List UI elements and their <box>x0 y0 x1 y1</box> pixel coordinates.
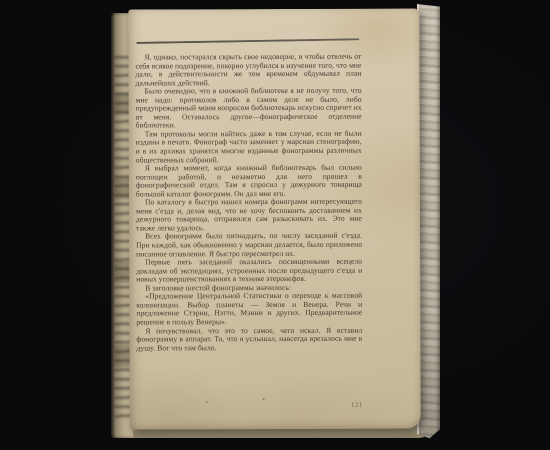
book-photo: Я, однако, постарался скрыть свое недове… <box>0 0 550 450</box>
page-text: Я, однако, постарался скрыть свое недове… <box>135 53 362 406</box>
book-page: Я, однако, постарался скрыть свое недове… <box>128 8 420 429</box>
paragraph: «Предложение Центральной Статистики о пе… <box>136 292 362 327</box>
paragraph: Я, однако, постарался скрыть свое недове… <box>135 53 361 88</box>
paper-speck <box>263 398 265 400</box>
paragraph: По каталогу я быстро нашел номера фоногр… <box>136 198 362 233</box>
paragraph: Всех фонограмм было пятнадцать, по числу… <box>136 232 362 258</box>
chapter-rule <box>136 38 359 44</box>
paragraph: Я почувствовал, что это то самое, чего и… <box>136 326 362 352</box>
page-number: 121 <box>137 402 363 410</box>
paragraph: Там протоколы могли найтись даже в том с… <box>136 130 362 165</box>
paragraph: Я выбрал момент, когда книжный библиотек… <box>136 164 362 199</box>
paragraph: Было очевидно, что в книжной библиотеке … <box>136 87 362 131</box>
paper-speck <box>206 401 208 403</box>
paragraph: Первые пять заседаний оказались посвящен… <box>136 258 362 284</box>
